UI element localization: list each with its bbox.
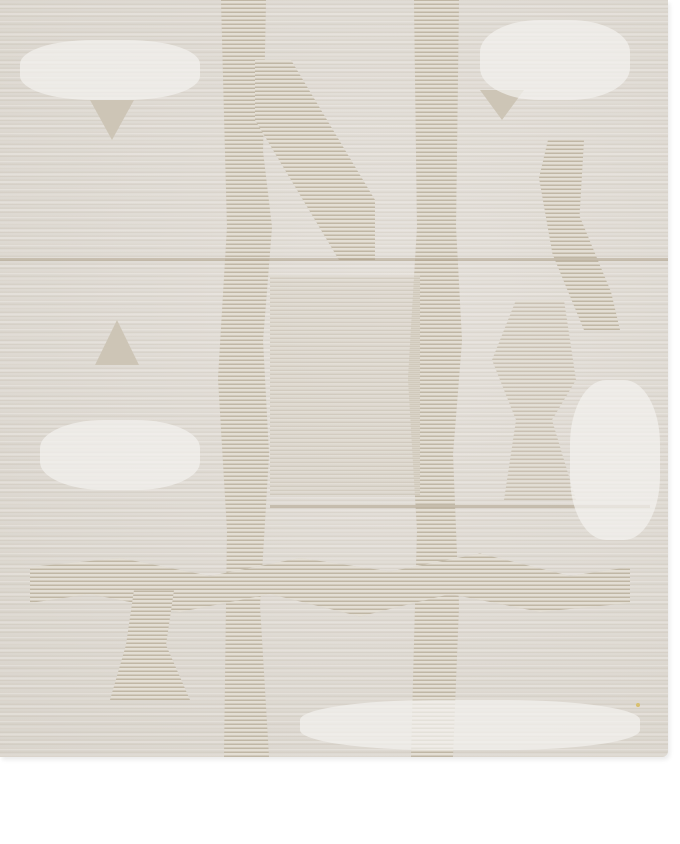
rug-photo [0, 0, 668, 757]
yellow-fiber-speck [636, 703, 640, 707]
motif-diagonal [255, 60, 375, 260]
sheen-5 [570, 380, 660, 540]
sheen-2 [480, 20, 630, 100]
sheen-1 [20, 40, 200, 100]
motif-triangle-left [95, 320, 139, 365]
motif-box-middle [270, 275, 420, 495]
motif-triangle-top [90, 100, 134, 140]
motif-line-top [0, 258, 668, 261]
sheen-4 [300, 700, 640, 750]
motif-bottom-band [30, 540, 630, 630]
sheen-3 [40, 420, 200, 490]
